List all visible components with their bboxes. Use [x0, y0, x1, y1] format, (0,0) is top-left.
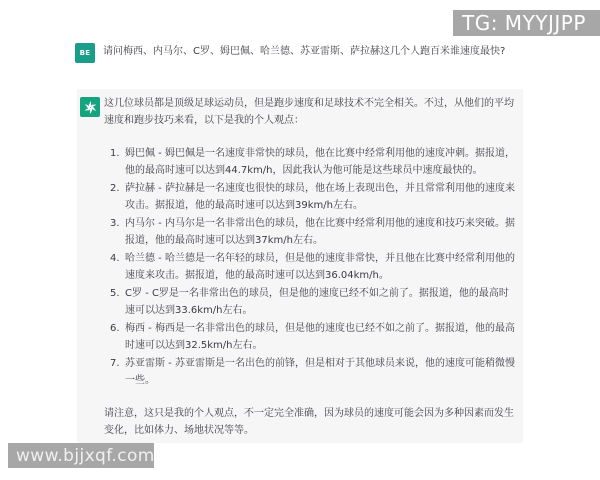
list-item-text: 苏亚雷斯 - 苏亚雷斯是一名出色的前锋，但是相对于其他球员来说，他的速度可能稍微…: [125, 356, 516, 389]
list-item: 5. C罗 - C罗是一名非常出色的球员，但是他的速度已经不如之前了。据报道，他…: [104, 286, 516, 319]
list-item-number: 3.: [104, 216, 125, 249]
list-item-text: 梅西 - 梅西是一名非常出色的球员，但是他的速度也已经不如之前了。据报道，他的最…: [125, 321, 516, 354]
watermark-top-right: TG: MYYJJPP: [453, 10, 600, 36]
list-item-text: C罗 - C罗是一名非常出色的球员，但是他的速度已经不如之前了。据报道，他的最高…: [125, 286, 516, 319]
list-item-number: 4.: [104, 251, 125, 284]
assistant-message-text: 这几位球员都是顶级足球运动员，但是跑步速度和足球技术不完全相关。不过，从他们的平…: [104, 96, 516, 439]
user-message-text: 请问梅西、内马尔、C罗、姆巴佩、哈兰德、苏亚雷斯、萨拉赫这几个人跑百米谁速度最快…: [103, 44, 505, 60]
assistant-intro: 这几位球员都是顶级足球运动员，但是跑步速度和足球技术不完全相关。不过，从他们的平…: [104, 96, 516, 129]
openai-logo-icon: [83, 100, 98, 115]
watermark-bottom-left: www.bjjxqf.com: [8, 443, 154, 468]
list-item-number: 1.: [104, 146, 125, 179]
chat-page: TG: MYYJJPP BE 请问梅西、内马尔、C罗、姆巴佩、哈兰德、苏亚雷斯、…: [0, 0, 600, 480]
list-item-number: 7.: [104, 356, 125, 389]
list-item: 1. 姆巴佩 - 姆巴佩是一名速度非常快的球员，他在比赛中经常利用他的速度冲刺。…: [104, 146, 516, 179]
list-item: 3. 内马尔 - 内马尔是一名非常出色的球员，他在比赛中经常利用他的速度和技巧来…: [104, 216, 516, 249]
list-item-text: 萨拉赫 - 萨拉赫是一名速度也很快的球员，他在场上表现出色，并且常常利用他的速度…: [125, 181, 516, 214]
assistant-outro: 请注意，这只是我的个人观点，不一定完全准确，因为球员的速度可能会因为多种因素而发…: [104, 406, 516, 439]
list-item: 7. 苏亚雷斯 - 苏亚雷斯是一名出色的前锋，但是相对于其他球员来说，他的速度可…: [104, 356, 516, 389]
list-item-number: 5.: [104, 286, 125, 319]
list-item-text: 哈兰德 - 哈兰德是一名年轻的球员，但是他的速度非常快，并且他在比赛中经常利用他…: [125, 251, 516, 284]
list-item: 4. 哈兰德 - 哈兰德是一名年轻的球员，但是他的速度非常快，并且他在比赛中经常…: [104, 251, 516, 284]
list-item-text: 内马尔 - 内马尔是一名非常出色的球员，他在比赛中经常利用他的速度和技巧来突破。…: [125, 216, 516, 249]
assistant-message-row: 这几位球员都是顶级足球运动员，但是跑步速度和足球技术不完全相关。不过，从他们的平…: [77, 89, 523, 443]
list-item-number: 6.: [104, 321, 125, 354]
user-avatar: BE: [75, 43, 95, 63]
list-item: 2. 萨拉赫 - 萨拉赫是一名速度也很快的球员，他在场上表现出色，并且常常利用他…: [104, 181, 516, 214]
assistant-avatar: [80, 97, 100, 117]
list-item-number: 2.: [104, 181, 125, 214]
list-item: 6. 梅西 - 梅西是一名非常出色的球员，但是他的速度也已经不如之前了。据报道，…: [104, 321, 516, 354]
list-item-text: 姆巴佩 - 姆巴佩是一名速度非常快的球员，他在比赛中经常利用他的速度冲刺。据报道…: [125, 146, 516, 179]
assistant-list: 1. 姆巴佩 - 姆巴佩是一名速度非常快的球员，他在比赛中经常利用他的速度冲刺。…: [104, 146, 516, 389]
user-avatar-label: BE: [80, 49, 91, 57]
